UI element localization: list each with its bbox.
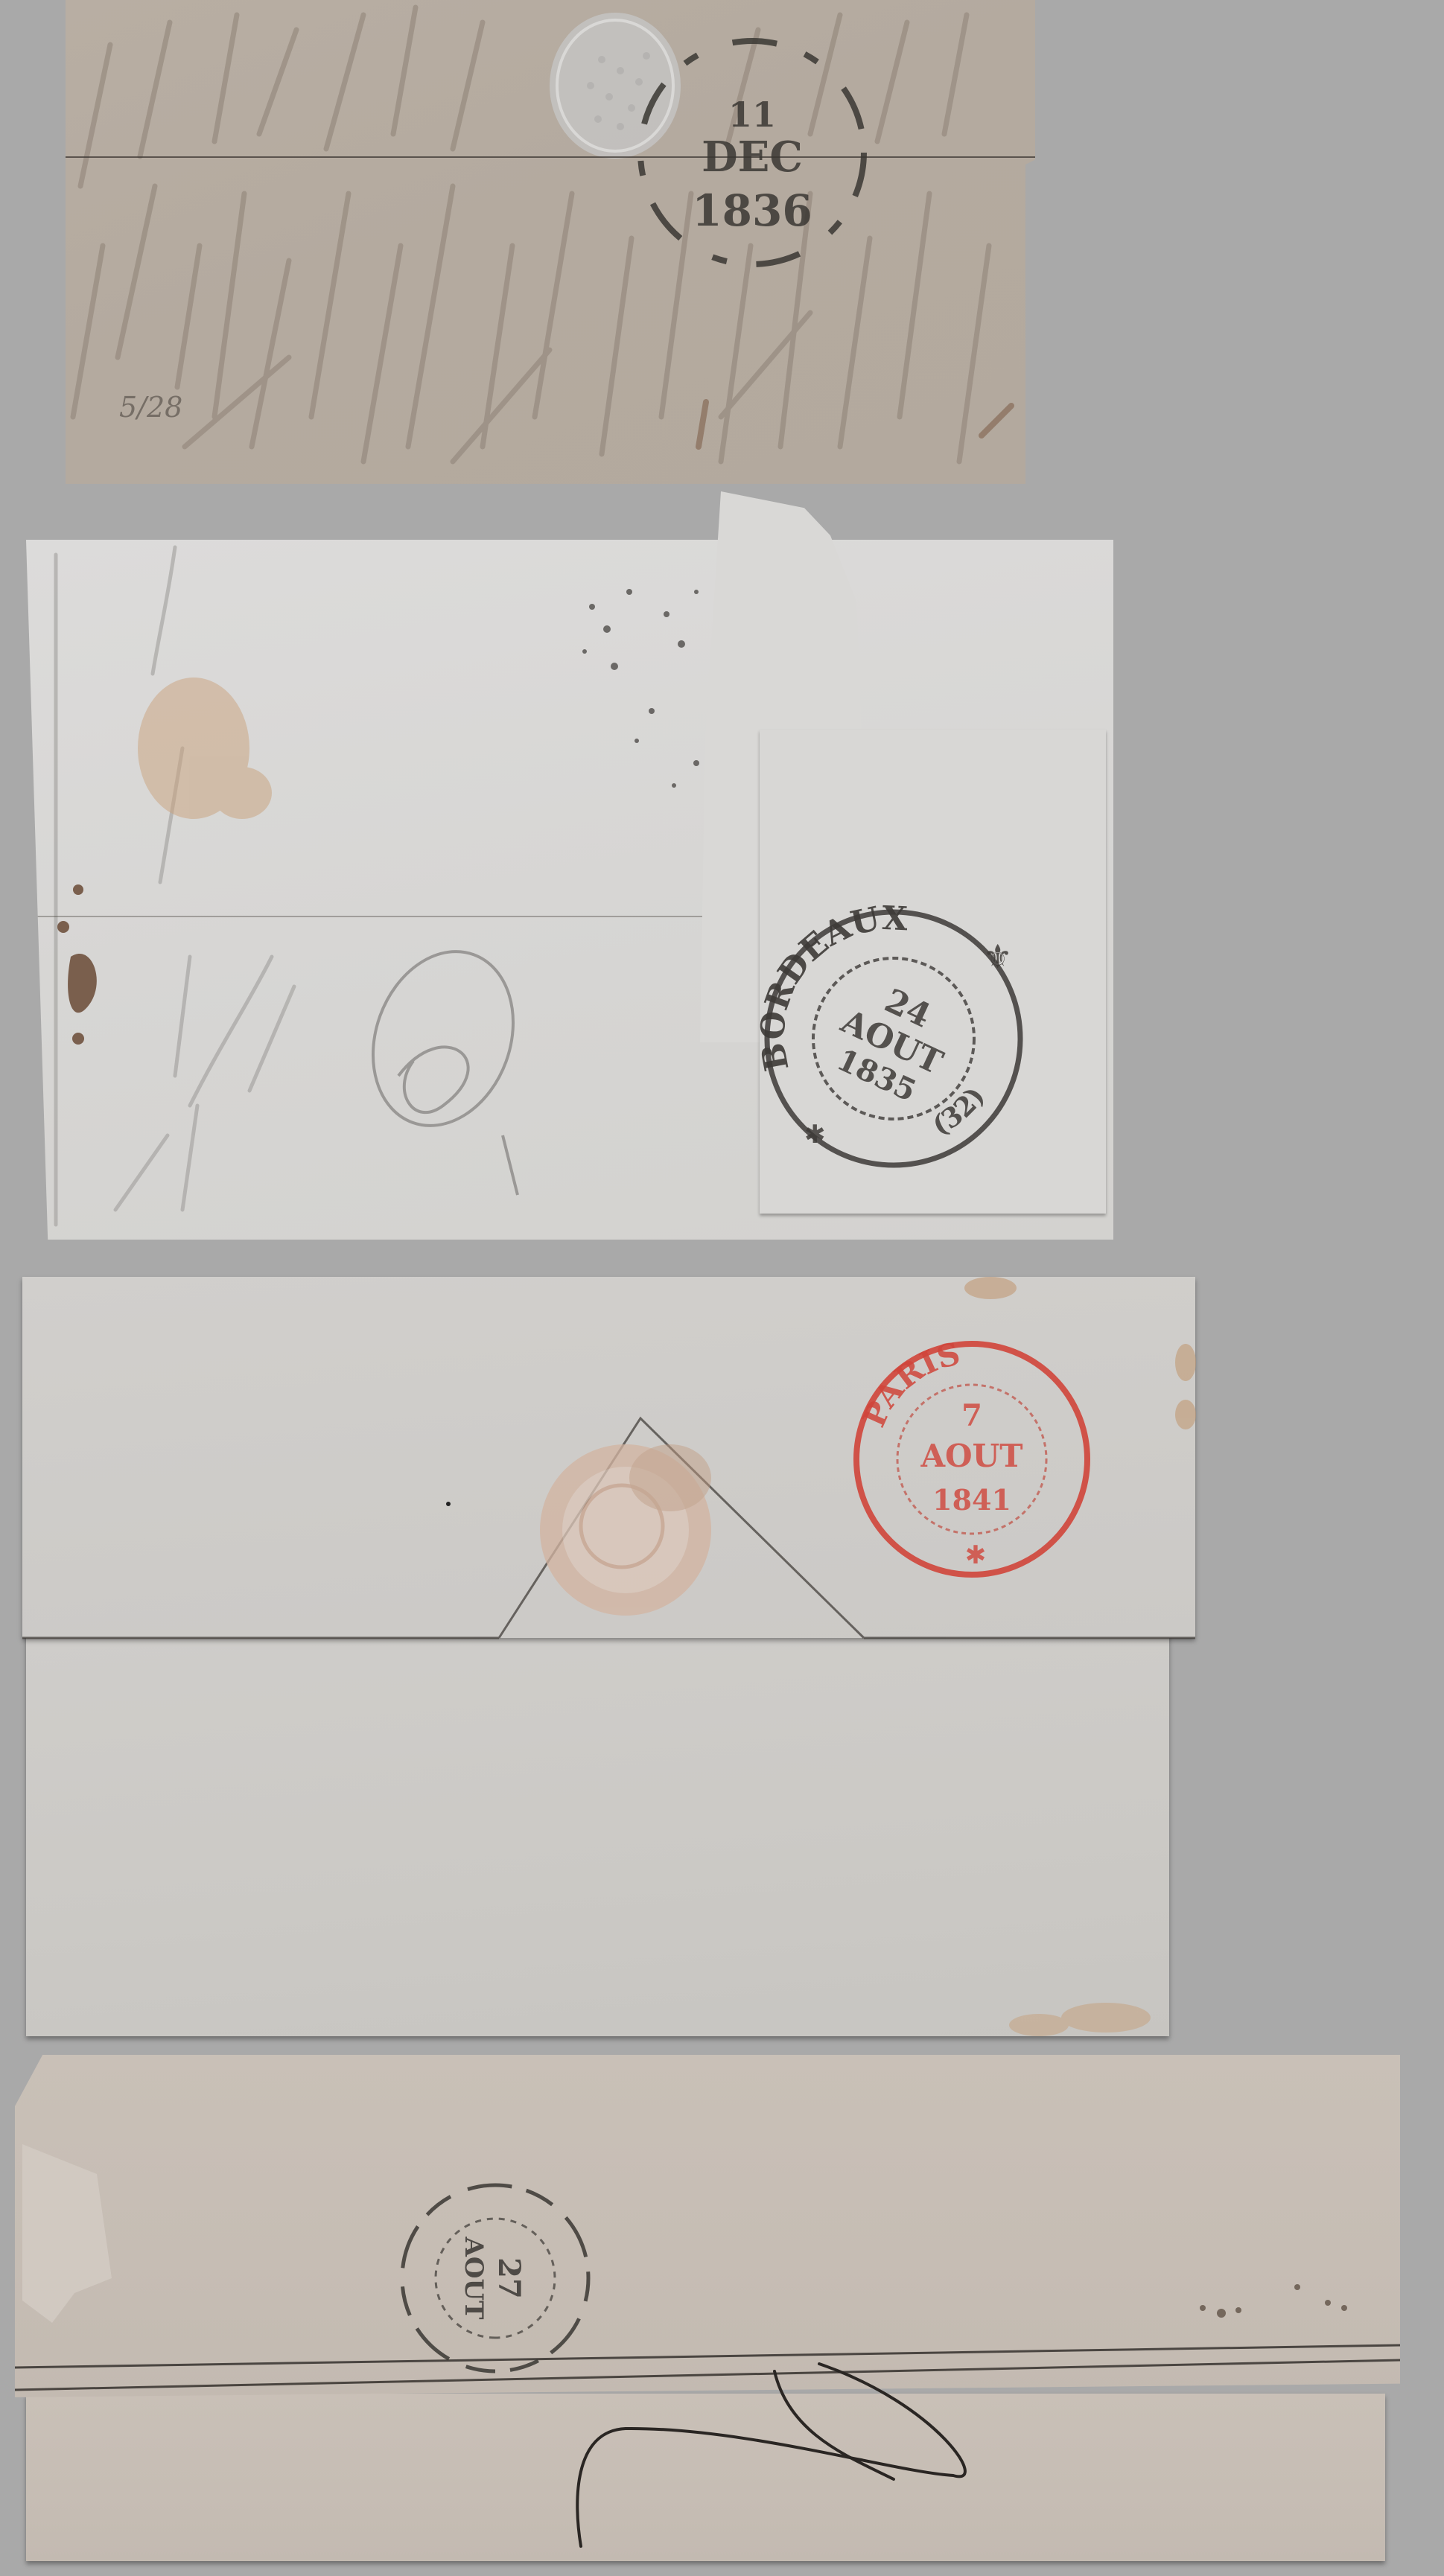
letter-1: 5/28 11 DEC 1836 [66, 0, 1035, 484]
svg-text:11: 11 [728, 95, 776, 135]
foxing-stain [1009, 2003, 1151, 2036]
letter-3-top-flap: PARIS 7 AOUT 1841 ✱ [22, 1277, 1195, 1638]
foxing-stain [964, 1277, 1196, 1429]
svg-text:7: 7 [961, 1398, 982, 1433]
svg-text:1841: 1841 [932, 1483, 1011, 1517]
postmark-27-aout: 27 AOUT [402, 2185, 588, 2371]
fleur-de-lis-icon: ⚜ [983, 938, 1012, 976]
handwritten-flourish [349, 931, 536, 1195]
letter-4 [26, 2394, 1385, 2561]
svg-text:AOUT: AOUT [459, 2237, 489, 2320]
letter-2-panel: BORDEAUX (32) ⚜ ✱ 24 AOUT 1835 [760, 730, 1106, 1214]
postmark-paris-red: PARIS 7 AOUT 1841 ✱ [856, 1335, 1087, 1575]
letter-4-top: 27 AOUT [15, 2055, 1400, 2397]
star-icon: ✱ [804, 1120, 826, 1150]
svg-text:AOUT: AOUT [920, 1438, 1022, 1474]
star-icon: ✱ [965, 1540, 987, 1570]
svg-text:1836: 1836 [692, 185, 812, 236]
letter-2-fold [26, 916, 771, 917]
svg-text:PARIS: PARIS [856, 1335, 964, 1432]
ink-stain [57, 884, 97, 1045]
wax-seal-icon [540, 1444, 711, 1616]
svg-text:27: 27 [492, 2257, 527, 2299]
foxing-stain [138, 678, 272, 819]
svg-text:DEC: DEC [702, 133, 803, 182]
postmark-bordeaux-24-aout-1835: BORDEAUX (32) ⚜ ✱ 24 AOUT 1835 [760, 730, 1106, 1214]
postmark-11-dec-1836: 11 DEC 1836 [66, 0, 1035, 484]
letter-3 [26, 1630, 1169, 2036]
